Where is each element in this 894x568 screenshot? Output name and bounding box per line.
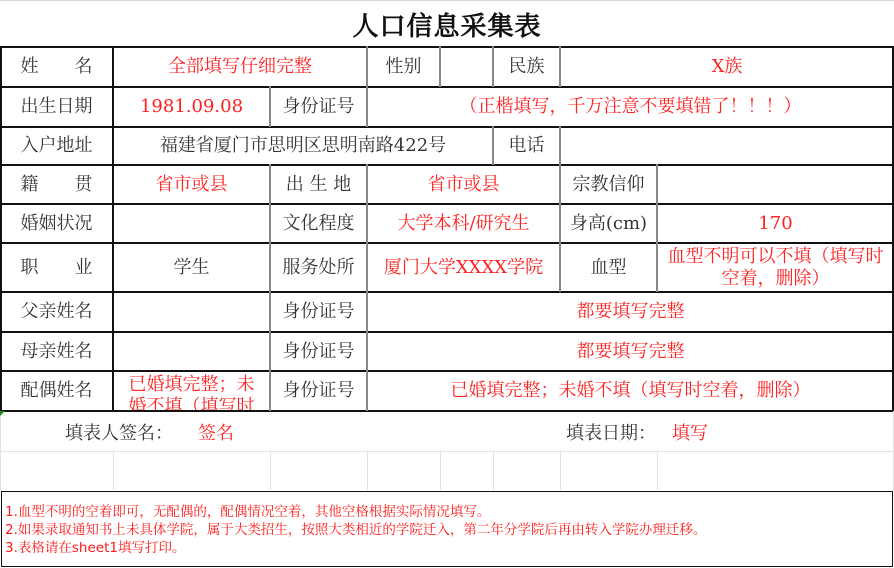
blood-type-label: 血型 [560, 243, 657, 292]
mother-id-field[interactable]: 都要填写完整 [367, 332, 894, 371]
height-label: 身高(cm) [560, 204, 657, 243]
birth-date-field[interactable]: 1981.09.08 [113, 87, 270, 127]
id-number-label: 身份证号 [270, 87, 367, 127]
father-id-label: 身份证号 [270, 292, 367, 332]
fill-date-label: 填表日期： [566, 412, 656, 451]
occupation-field[interactable]: 学生 [113, 243, 270, 292]
gender-field[interactable] [440, 47, 493, 87]
birth-date-label: 出生日期 [0, 87, 113, 127]
education-label: 文化程度 [270, 204, 367, 243]
address-field[interactable]: 福建省厦门市思明区思明南路422号 [113, 127, 493, 165]
note-2: 2.如果录取通知书上未具体学院，属于大类招生，按照大类相近的学院迁入，第二年分学… [5, 521, 892, 539]
spouse-name-label: 配偶姓名 [0, 371, 113, 411]
mother-name-label: 母亲姓名 [0, 332, 113, 371]
gender-label: 性别 [367, 47, 440, 87]
spouse-id-field[interactable]: 已婚填完整；未婚不填（填写时空着，删除） [367, 371, 894, 411]
notes-box: 1.血型不明的空着即可，无配偶的，配偶情况空着，其他空格根据实际情况填写。 2.… [1, 491, 893, 567]
height-field[interactable]: 170 [657, 204, 894, 243]
phone-field[interactable] [560, 127, 894, 165]
father-name-field[interactable] [113, 292, 270, 332]
birthplace-field[interactable]: 省市或县 [367, 165, 560, 204]
fill-date-field[interactable]: 填写 [672, 412, 708, 451]
marital-status-label: 婚姻状况 [0, 204, 113, 243]
signer-field[interactable]: 签名 [198, 412, 234, 451]
note-3: 3.表格请在sheet1填写打印。 [5, 539, 892, 557]
address-label: 入户地址 [0, 127, 113, 165]
name-label: 姓 名 [0, 47, 113, 87]
note-1: 1.血型不明的空着即可，无配偶的，配偶情况空着，其他空格根据实际情况填写。 [5, 503, 892, 521]
mother-name-field[interactable] [113, 332, 270, 371]
birthplace-label: 出 生 地 [270, 165, 367, 204]
spouse-id-label: 身份证号 [270, 371, 367, 411]
id-number-field[interactable]: （正楷填写，千万注意不要填错了！！！） [367, 87, 894, 127]
phone-label: 电话 [493, 127, 560, 165]
signer-label: 填表人签名： [65, 412, 173, 451]
name-field[interactable]: 全部填写仔细完整 [113, 47, 367, 87]
page-title: 人口信息采集表 [0, 0, 894, 47]
workplace-label: 服务处所 [270, 243, 367, 292]
native-place-field[interactable]: 省市或县 [113, 165, 270, 204]
ethnic-label: 民族 [493, 47, 560, 87]
marital-status-field[interactable] [113, 204, 270, 243]
spouse-name-field[interactable]: 已婚填完整；未婚不填（填写时空着，删除） [113, 371, 270, 411]
workplace-field[interactable]: 厦门大学XXXX学院 [367, 243, 560, 292]
occupation-label: 职 业 [0, 243, 113, 292]
mother-id-label: 身份证号 [270, 332, 367, 371]
religion-label: 宗教信仰 [560, 165, 657, 204]
education-field[interactable]: 大学本科/研究生 [367, 204, 560, 243]
blood-type-field[interactable]: 血型不明可以不填（填写时空着，删除） [657, 243, 894, 292]
native-place-label: 籍 贯 [0, 165, 113, 204]
ethnic-field[interactable]: X族 [560, 47, 894, 87]
father-name-label: 父亲姓名 [0, 292, 113, 332]
father-id-field[interactable]: 都要填写完整 [367, 292, 894, 332]
religion-field[interactable] [657, 165, 894, 204]
cell-comment-marker [0, 411, 5, 416]
